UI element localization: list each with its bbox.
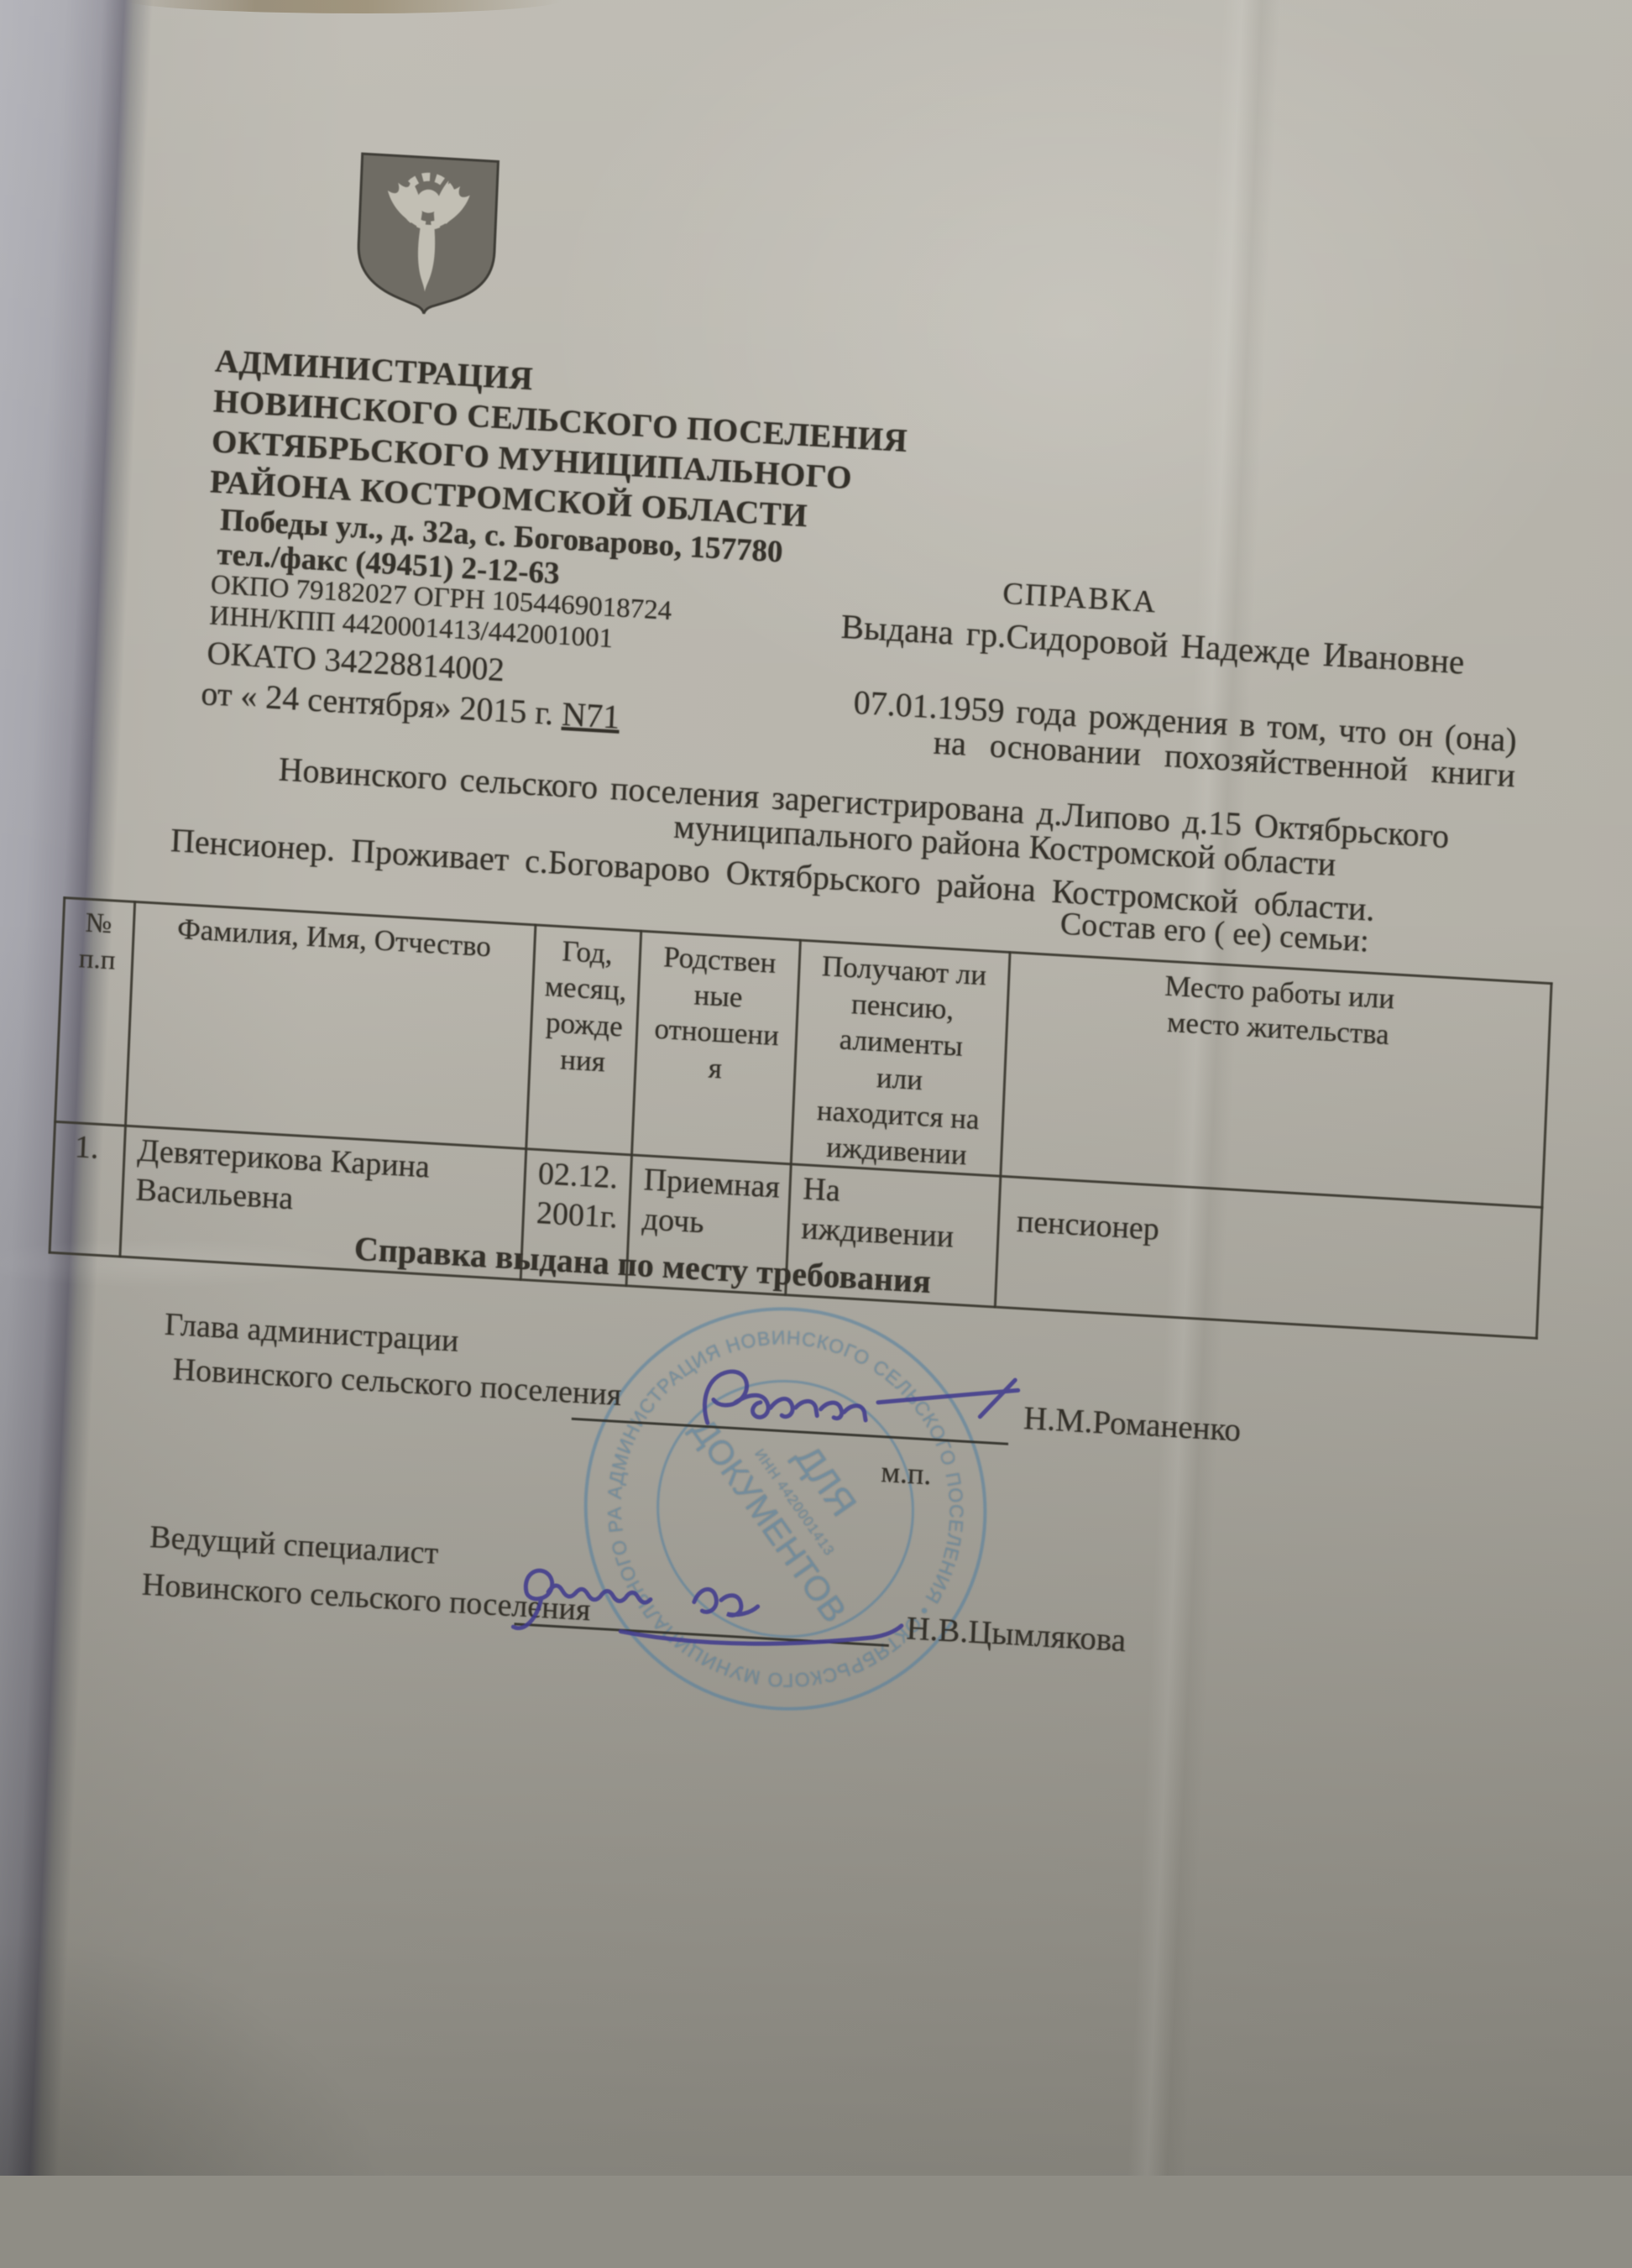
header-work: Место работы или место жительства <box>1001 953 1551 1208</box>
document-number: N71 <box>561 695 629 737</box>
coat-of-arms-icon <box>346 146 509 323</box>
cell-num: 1. <box>50 1121 125 1257</box>
sig2-title-line1: Ведущий специалист <box>149 1518 440 1572</box>
round-official-stamp: АДМИНИСТРАЦИЯ НОВИНСКОГО СЕЛЬСКОГО ПОСЕЛ… <box>567 1287 1003 1730</box>
seal-place-mark: м.п. <box>881 1454 933 1492</box>
header-relation: Родствен ные отношени я <box>632 931 801 1164</box>
header-pension: Получают ли пенсию, алименты или находит… <box>791 940 1010 1176</box>
sig1-title-line2: Новинского сельского поселения <box>172 1351 622 1414</box>
document-page: АДМИНИСТРАЦИЯ НОВИНСКОГО СЕЛЬСКОГО ПОСЕЛ… <box>0 0 1629 2176</box>
sig1-name: Н.М.Романенко <box>1023 1399 1242 1450</box>
header-name: Фамилия, Имя, Отчество <box>125 901 535 1148</box>
header-num: № п.п <box>55 898 135 1126</box>
date-prefix: от « 24 сентября» 2015 г. <box>201 674 563 733</box>
sig1-title-line1: Глава администрации <box>164 1306 459 1360</box>
header-birth: Год, месяц, рожде ния <box>526 925 641 1155</box>
